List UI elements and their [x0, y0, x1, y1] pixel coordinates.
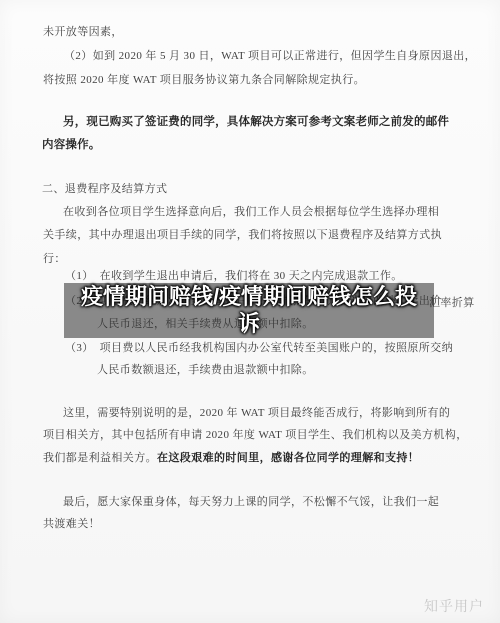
- document-page: 未开放等因素， （2）如到 2020 年 5 月 30 日，WAT 项目可以正常…: [0, 0, 500, 623]
- doc-line: 这里，需要特别说明的是，2020 年 WAT 项目最终能否成行，将影响到所有的: [63, 407, 450, 420]
- zhihu-user-watermark: 知乎用户: [424, 596, 484, 616]
- doc-line: 共渡难关！: [43, 518, 100, 531]
- doc-line-mixed: 我们都是利益相关方。在这段艰难的时间里，感谢各位同学的理解和支持！: [43, 452, 419, 465]
- doc-line: （2）如到 2020 年 5 月 30 日，WAT 项目可以正常进行，但因学生自…: [64, 50, 476, 63]
- doc-line-bold: 另，现已购买了签证费的同学，具体解决方案可参考文案老师之前发的邮件: [63, 116, 449, 129]
- doc-line: 人民币数额退还，手续费由退款额中扣除。: [97, 364, 314, 377]
- doc-line: 行：: [43, 253, 66, 266]
- doc-line: 项目相关方，其中包括所有申请 2020 年度 WAT 项目学生、我们机构以及美方…: [43, 429, 468, 442]
- caption-overlay-banner: 疫情期间赔钱/疫情期间赔钱怎么投 诉: [64, 283, 434, 338]
- doc-list-item-1: （1） 在收到学生退出申请后，我们将在 30 天之内完成退款工作。: [65, 270, 403, 283]
- caption-title-line1: 疫情期间赔钱/疫情期间赔钱怎么投: [64, 283, 434, 310]
- doc-section-heading: 二、退费程序及结算方式: [42, 183, 167, 196]
- doc-line: 在收到各位项目学生选择意向后，我们工作人员会根据每位学生选择办理相: [63, 206, 439, 219]
- doc-line-bold: 内容操作。: [42, 139, 101, 152]
- doc-line: 最后，愿大家保重身体，每天努力上课的同学，不松懈不气馁，让我们一起: [63, 496, 439, 509]
- doc-line: 将按照 2020 年度 WAT 项目服务协议第九条合同解除规定执行。: [43, 74, 365, 87]
- doc-list-item-3: （3） 项目费以人民币经我机构国内办公室代转至美国账户的，按照原所交纳: [65, 342, 453, 355]
- doc-line-regular-part: 我们都是利益相关方。: [43, 452, 157, 464]
- doc-line-bold-part: 在这段艰难的时间里，感谢各位同学的理解和支持！: [157, 452, 419, 464]
- caption-title-line2: 诉: [64, 310, 434, 337]
- doc-line: 关手续，其中办理退出项目手续的同学，我们将按照以下退费程序及结算方式执: [43, 229, 442, 242]
- doc-line: 未开放等因素，: [43, 26, 123, 39]
- doc-list-item-2-tail: 汇率折算: [429, 297, 475, 310]
